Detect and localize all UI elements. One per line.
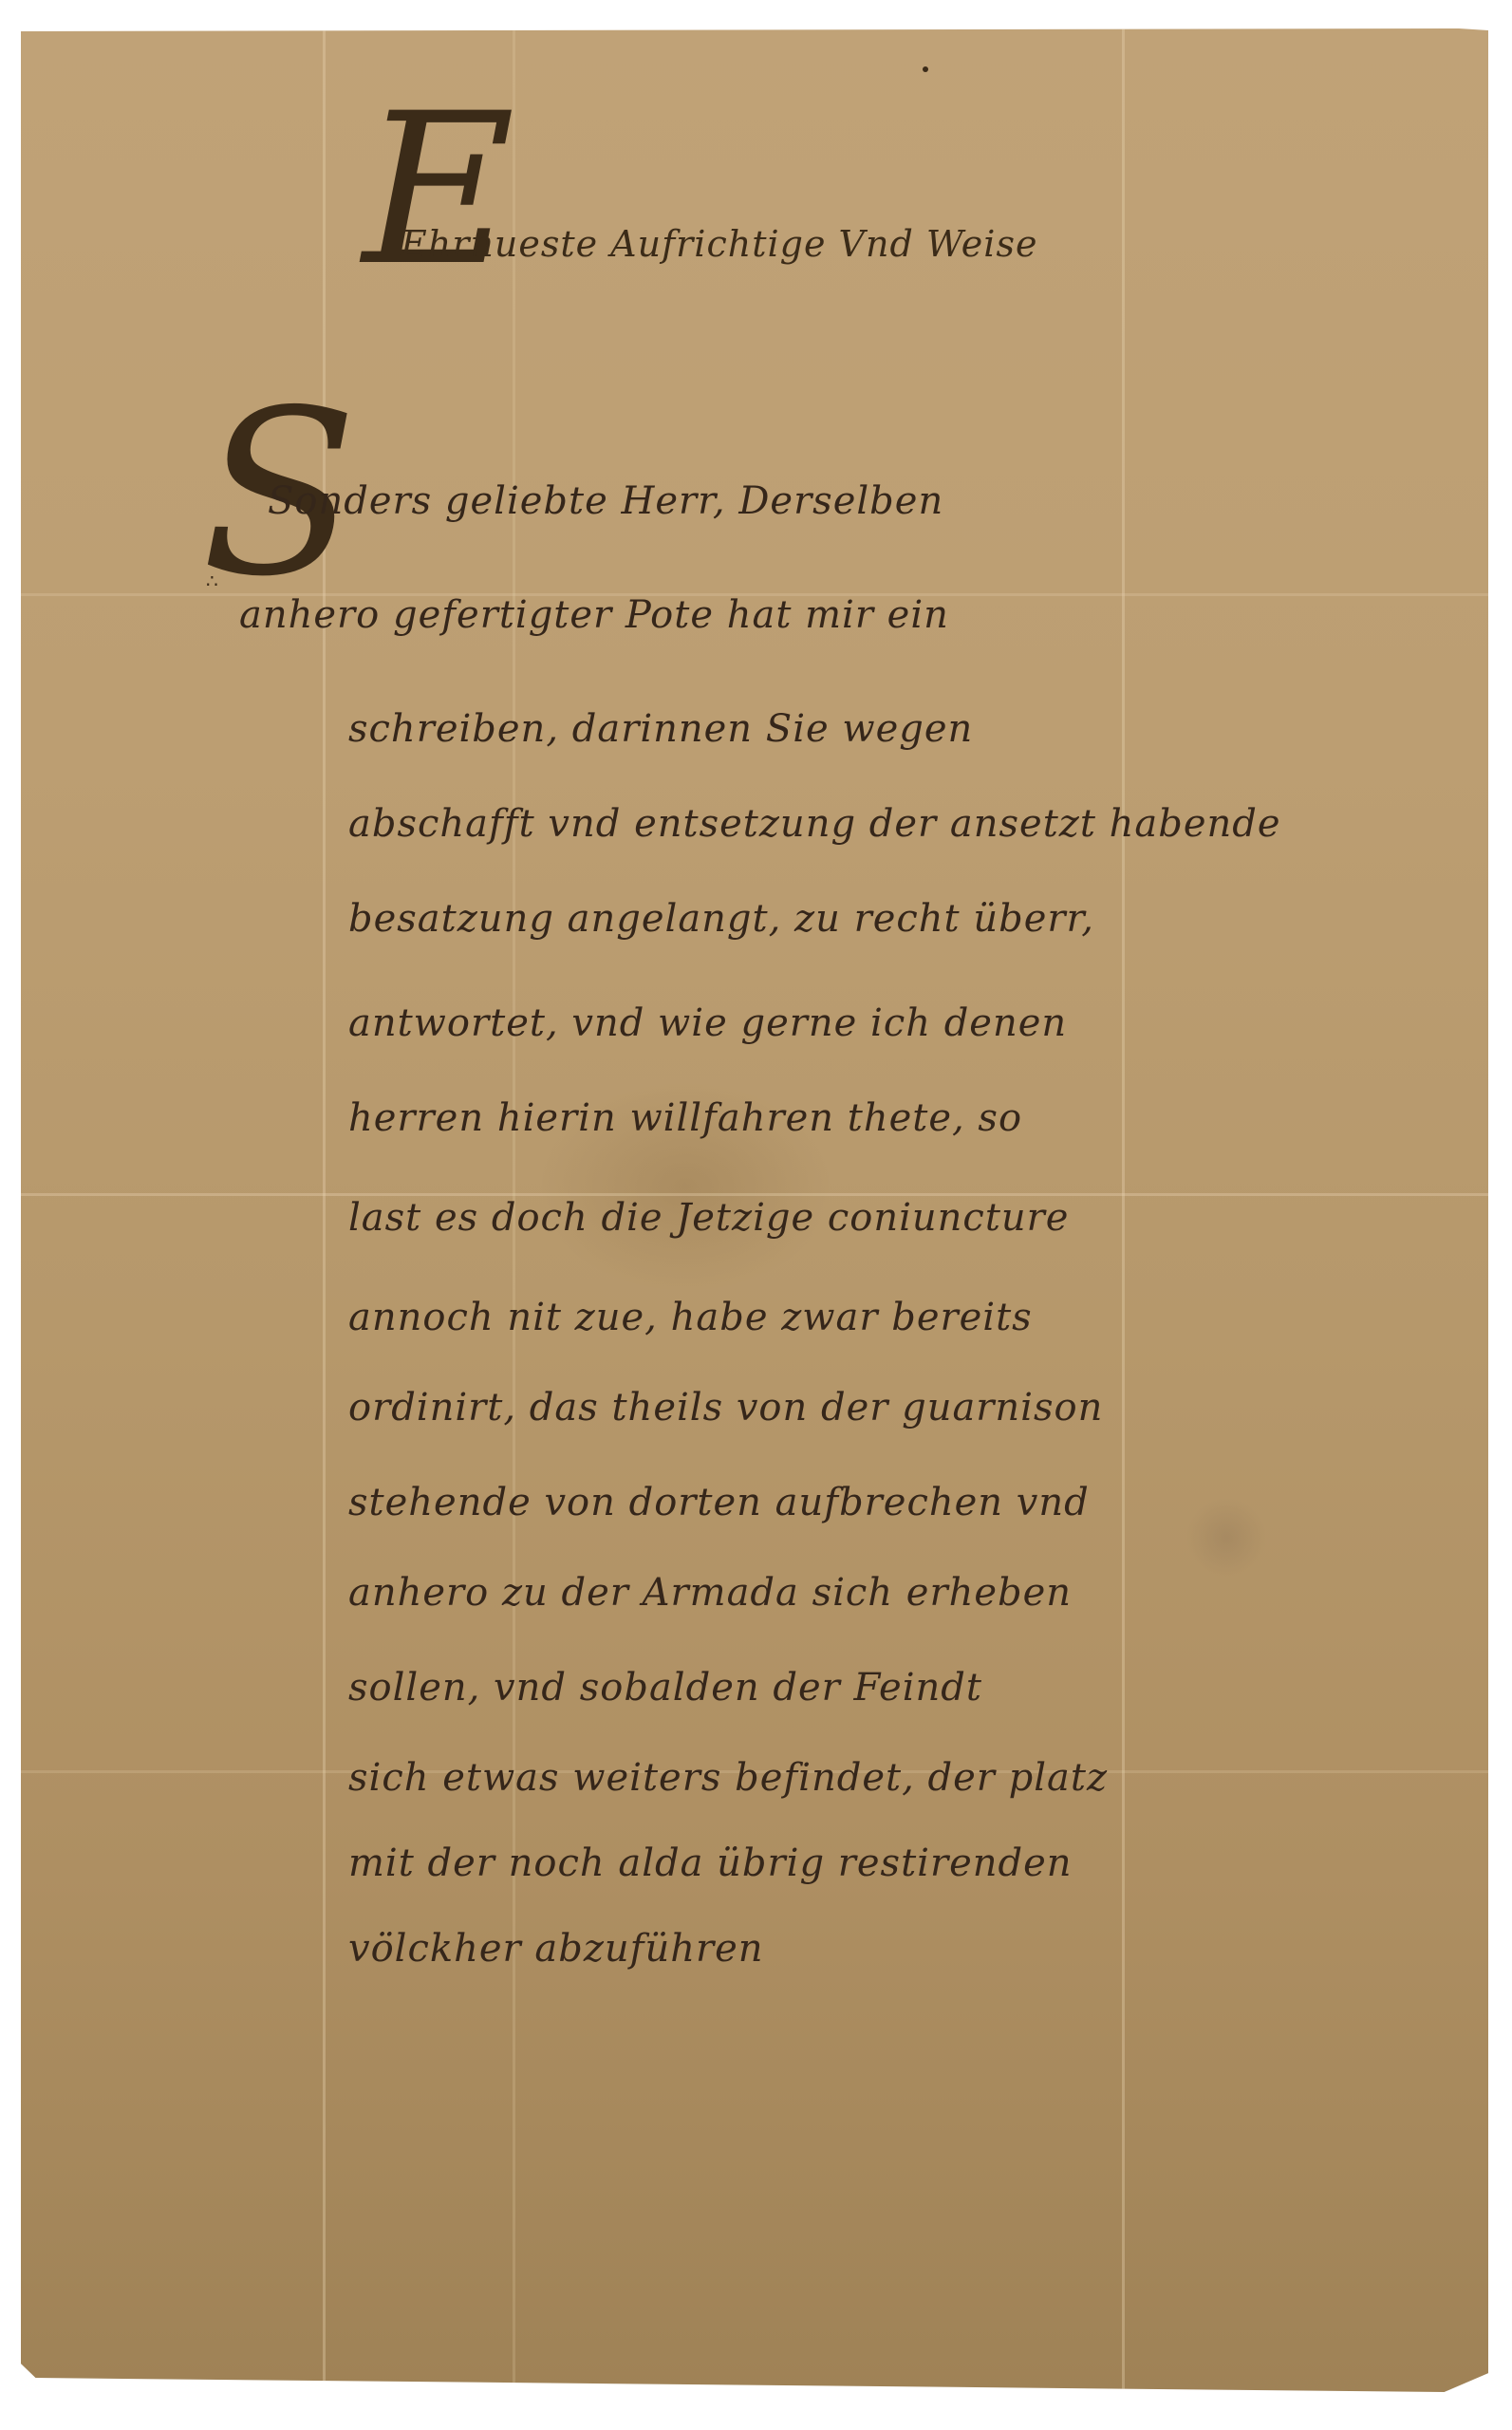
body-line: anhero zu der Armada sich erheben [348,1571,1072,1615]
body-line: anhero gefertigter Pote hat mir ein [239,593,949,637]
body-line: herren hierin willfahren thete, so [348,1096,1022,1140]
body-line: mit der noch alda übrig restirenden [348,1841,1073,1885]
body-line: antwortet, vnd wie gerne ich denen [348,1001,1067,1045]
body-line: stehende von dorten aufbrechen vnd [348,1481,1090,1524]
body-line: annoch nit zue, habe zwar bereits [348,1296,1033,1339]
body-line: sollen, vnd sobalden der Feindt [348,1666,982,1710]
body-line: abschafft vnd entsetzung der ansetzt hab… [348,802,1281,846]
body-line: besatzung angelangt, zu recht überr, [348,897,1094,941]
body-line: last es doch die Jetzige coniuncture [348,1196,1069,1240]
body-line: völckher abzuführen [348,1927,764,1971]
body-line: schreiben, darinnen Sie wegen [348,707,973,751]
body-line: sich etwas weiters befindet, der platz [348,1756,1108,1800]
letter-paper: E Ehrnueste Aufrichtige Vnd Weise S ∴ So… [21,28,1488,2392]
letter-body: Sonders geliebte Herr, Derselben anhero … [21,28,1488,2392]
body-line: ordinirt, das theils von der guarnison [348,1386,1103,1430]
body-line: Sonders geliebte Herr, Derselben [268,479,943,523]
